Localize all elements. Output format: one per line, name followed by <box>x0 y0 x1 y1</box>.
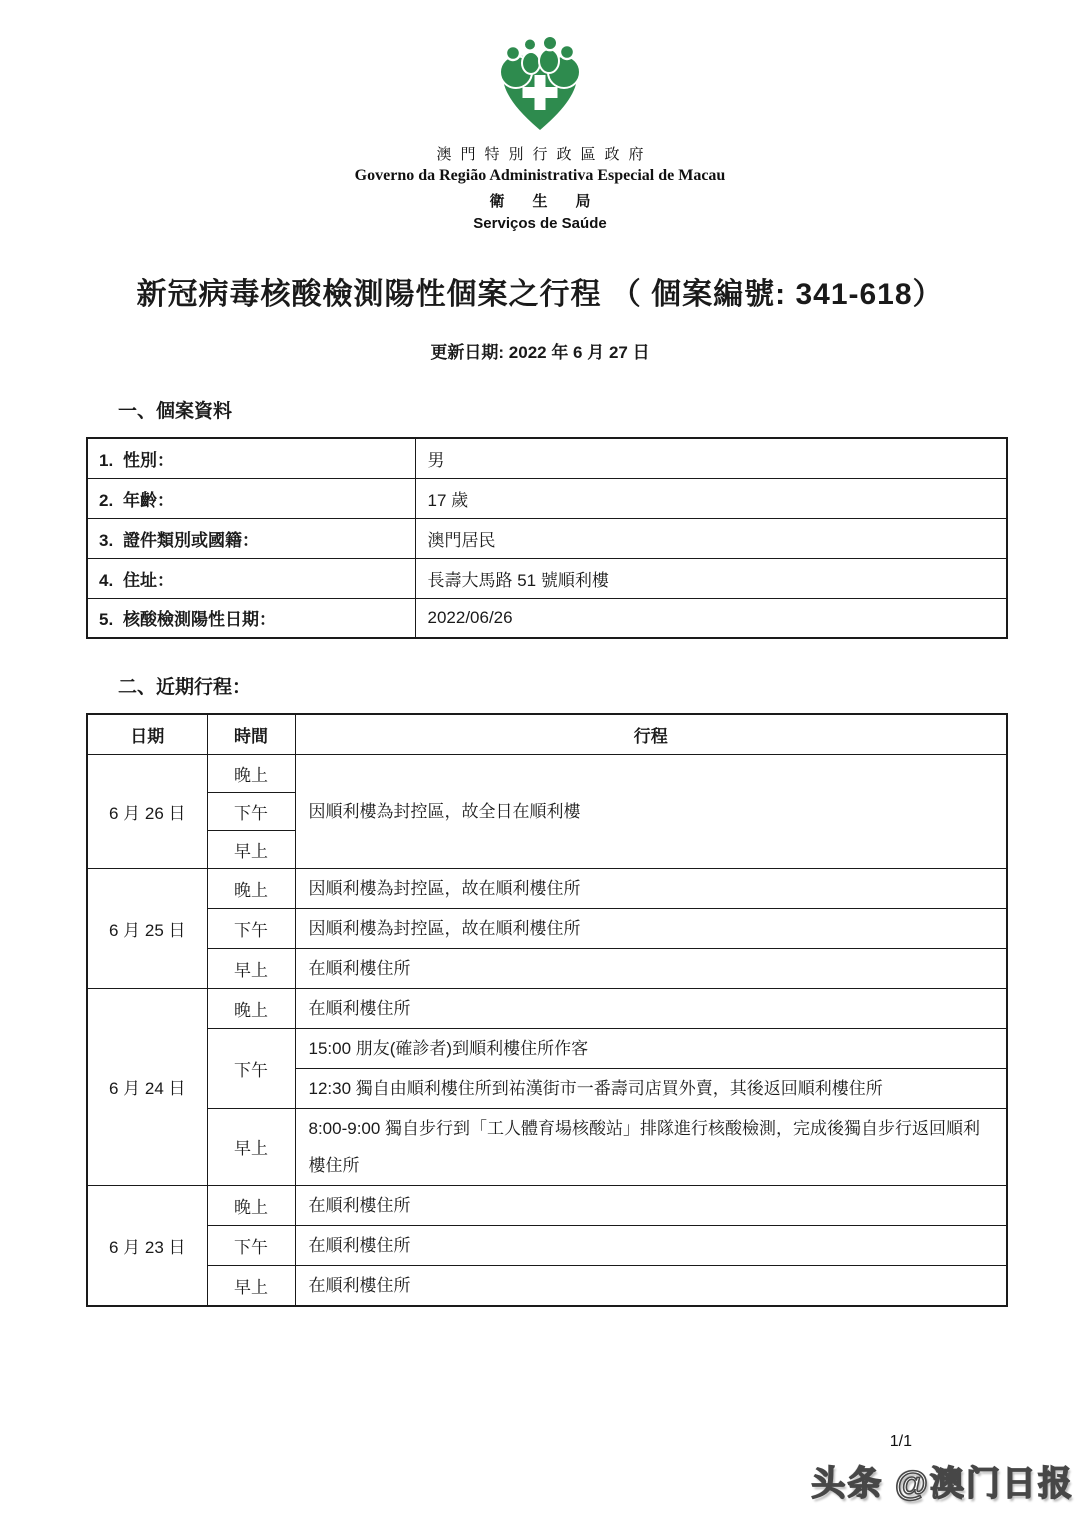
row-number: 4. <box>99 571 123 591</box>
itinerary-row: 6 月 24 日 晚上 在順利樓住所 <box>87 988 1007 1028</box>
itinerary-header-row: 日期 時間 行程 <box>87 714 1007 754</box>
case-info-row: 3.證件類別或國籍： 澳門居民 <box>87 518 1007 558</box>
time-cell: 晚上 <box>207 988 295 1028</box>
itinerary-cell: 在順利樓住所 <box>295 1225 1007 1265</box>
column-header-itinerary: 行程 <box>295 714 1007 754</box>
document-page: 澳門特別行政區政府 Governo da Região Administrati… <box>0 0 1080 1527</box>
row-number: 1. <box>99 451 123 471</box>
date-cell: 6 月 25 日 <box>87 868 207 988</box>
update-date: 更新日期: 2022 年 6 月 27 日 <box>0 338 1080 363</box>
section-heading-case-info: 一、個案資料 <box>118 396 1080 423</box>
column-header-date: 日期 <box>87 714 207 754</box>
time-cell: 晚上 <box>207 868 295 908</box>
itinerary-row: 6 月 25 日 晚上 因順利樓為封控區，故在順利樓住所 <box>87 868 1007 908</box>
case-info-row: 5.核酸檢測陽性日期： 2022/06/26 <box>87 598 1007 638</box>
org-name-portuguese: Governo da Região Administrativa Especia… <box>0 167 1080 185</box>
time-cell: 早上 <box>207 1265 295 1306</box>
row-label: 1.性別： <box>87 438 415 478</box>
toutiao-watermark: 头条 @澳门日报 <box>811 1456 1074 1505</box>
dept-name-chinese: 衛生局 <box>0 190 1080 211</box>
itinerary-row: 早上 在順利樓住所 <box>87 948 1007 988</box>
time-cell: 早上 <box>207 948 295 988</box>
itinerary-row: 下午 15:00 朋友(確診者)到順利樓住所作客 <box>87 1028 1007 1068</box>
itinerary-cell: 在順利樓住所 <box>295 948 1007 988</box>
date-cell: 6 月 23 日 <box>87 1185 207 1306</box>
row-value: 2022/06/26 <box>415 598 1007 638</box>
itinerary-cell: 在順利樓住所 <box>295 1265 1007 1306</box>
row-value: 17 歲 <box>415 478 1007 518</box>
time-cell: 早上 <box>207 830 295 868</box>
row-value: 長壽大馬路 51 號順利樓 <box>415 558 1007 598</box>
time-cell: 下午 <box>207 1028 295 1108</box>
time-cell: 晚上 <box>207 1185 295 1225</box>
itinerary-cell: 8:00-9:00 獨自步行到「工人體育場核酸站」排隊進行核酸檢測，完成後獨自步… <box>295 1108 1007 1185</box>
time-cell: 下午 <box>207 792 295 830</box>
column-header-time: 時間 <box>207 714 295 754</box>
row-label: 2.年齡： <box>87 478 415 518</box>
section-heading-itinerary: 二、近期行程： <box>118 672 1080 699</box>
page-number: 1/1 <box>890 1433 912 1451</box>
org-name-chinese: 澳門特別行政區政府 <box>0 143 1080 164</box>
itinerary-cell: 因順利樓為封控區，故全日在順利樓 <box>295 754 1007 868</box>
itinerary-row: 6 月 23 日 晚上 在順利樓住所 <box>87 1185 1007 1225</box>
letterhead: 澳門特別行政區政府 Governo da Região Administrati… <box>0 0 1080 232</box>
row-value: 男 <box>415 438 1007 478</box>
dept-name-portuguese: Serviços de Saúde <box>0 215 1080 232</box>
row-label: 3.證件類別或國籍： <box>87 518 415 558</box>
case-info-row: 2.年齡： 17 歲 <box>87 478 1007 518</box>
date-cell: 6 月 26 日 <box>87 754 207 868</box>
row-number: 3. <box>99 531 123 551</box>
date-cell: 6 月 24 日 <box>87 988 207 1185</box>
itinerary-row: 早上 8:00-9:00 獨自步行到「工人體育場核酸站」排隊進行核酸檢測，完成後… <box>87 1108 1007 1185</box>
itinerary-cell: 在順利樓住所 <box>295 1185 1007 1225</box>
itinerary-table: 日期 時間 行程 6 月 26 日 晚上 因順利樓為封控區，故全日在順利樓 下午… <box>86 713 1008 1307</box>
document-title: 新冠病毒核酸檢測陽性個案之行程 （ 個案編號: 341-618） <box>0 269 1080 313</box>
case-info-row: 1.性別： 男 <box>87 438 1007 478</box>
itinerary-row: 下午 因順利樓為封控區，故在順利樓住所 <box>87 908 1007 948</box>
case-info-row: 4.住址： 長壽大馬路 51 號順利樓 <box>87 558 1007 598</box>
time-cell: 早上 <box>207 1108 295 1185</box>
itinerary-row: 早上 在順利樓住所 <box>87 1265 1007 1306</box>
itinerary-cell: 因順利樓為封控區，故在順利樓住所 <box>295 868 1007 908</box>
case-info-table: 1.性別： 男 2.年齡： 17 歲 3.證件類別或國籍： 澳門居民 4.住址：… <box>86 437 1008 639</box>
itinerary-cell: 因順利樓為封控區，故在順利樓住所 <box>295 908 1007 948</box>
health-bureau-heart-cross-logo-icon <box>488 34 592 134</box>
row-number: 2. <box>99 491 123 511</box>
row-label: 5.核酸檢測陽性日期： <box>87 598 415 638</box>
itinerary-cell: 12:30 獨自由順利樓住所到祐漢街市一番壽司店買外賣，其後返回順利樓住所 <box>295 1068 1007 1108</box>
row-number: 5. <box>99 610 123 630</box>
row-label: 4.住址： <box>87 558 415 598</box>
itinerary-cell: 在順利樓住所 <box>295 988 1007 1028</box>
itinerary-cell: 15:00 朋友(確診者)到順利樓住所作客 <box>295 1028 1007 1068</box>
time-cell: 晚上 <box>207 754 295 792</box>
itinerary-row: 6 月 26 日 晚上 因順利樓為封控區，故全日在順利樓 <box>87 754 1007 792</box>
time-cell: 下午 <box>207 908 295 948</box>
time-cell: 下午 <box>207 1225 295 1265</box>
itinerary-row: 下午 在順利樓住所 <box>87 1225 1007 1265</box>
row-value: 澳門居民 <box>415 518 1007 558</box>
